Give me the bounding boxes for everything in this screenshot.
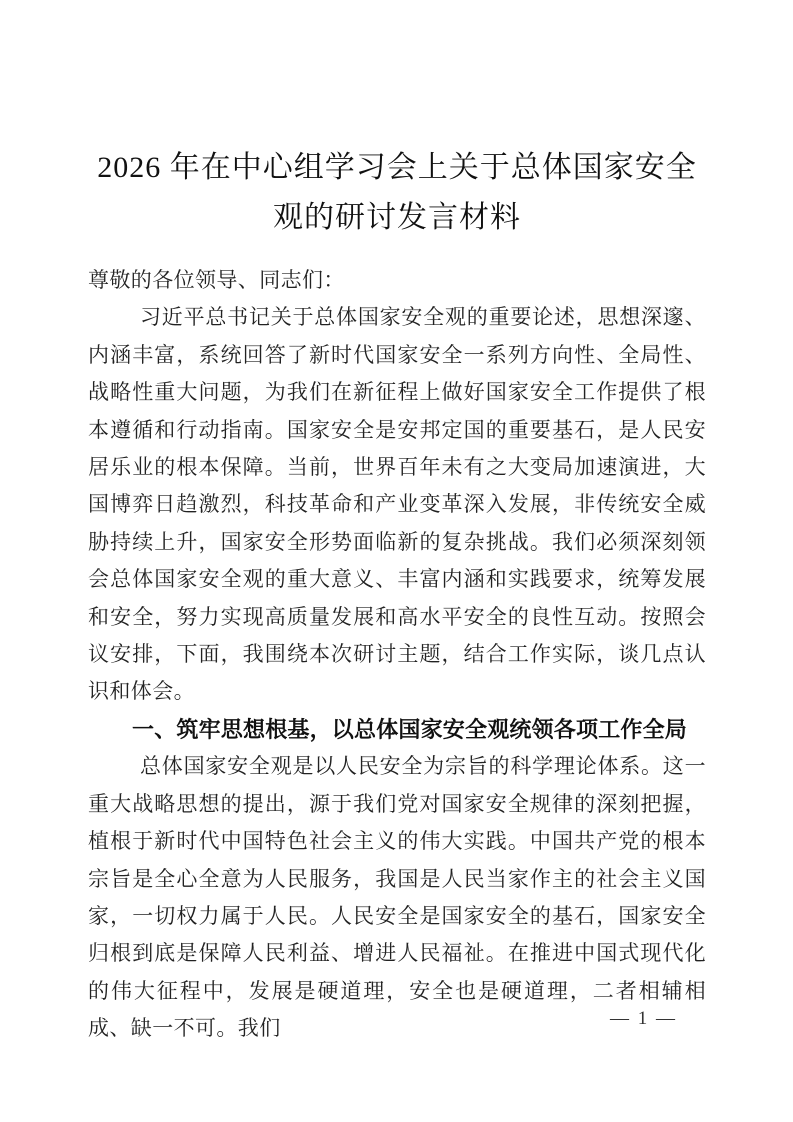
document-title-line-1: 2026 年在中心组学习会上关于总体国家安全 — [88, 143, 706, 193]
document-title: 2026 年在中心组学习会上关于总体国家安全 观的研讨发言材料 — [88, 143, 706, 243]
salutation: 尊敬的各位领导、同志们： — [88, 262, 706, 299]
paragraph-section-1: 总体国家安全观是以人民安全为宗旨的科学理论体系。这一重大战略思想的提出，源于我们… — [88, 748, 706, 1047]
document-page: 2026 年在中心组学习会上关于总体国家安全 观的研讨发言材料 尊敬的各位领导、… — [0, 0, 793, 1122]
document-body: 尊敬的各位领导、同志们： 习近平总书记关于总体国家安全观的重要论述，思想深邃、内… — [88, 262, 706, 1048]
document-title-line-2: 观的研讨发言材料 — [88, 193, 706, 243]
section-heading-1: 一、筑牢思想根基，以总体国家安全观统领各项工作全局 — [88, 711, 706, 748]
paragraph-intro: 习近平总书记关于总体国家安全观的重要论述，思想深邃、内涵丰富，系统回答了新时代国… — [88, 299, 706, 710]
page-number: — 1 — — [610, 1008, 677, 1030]
